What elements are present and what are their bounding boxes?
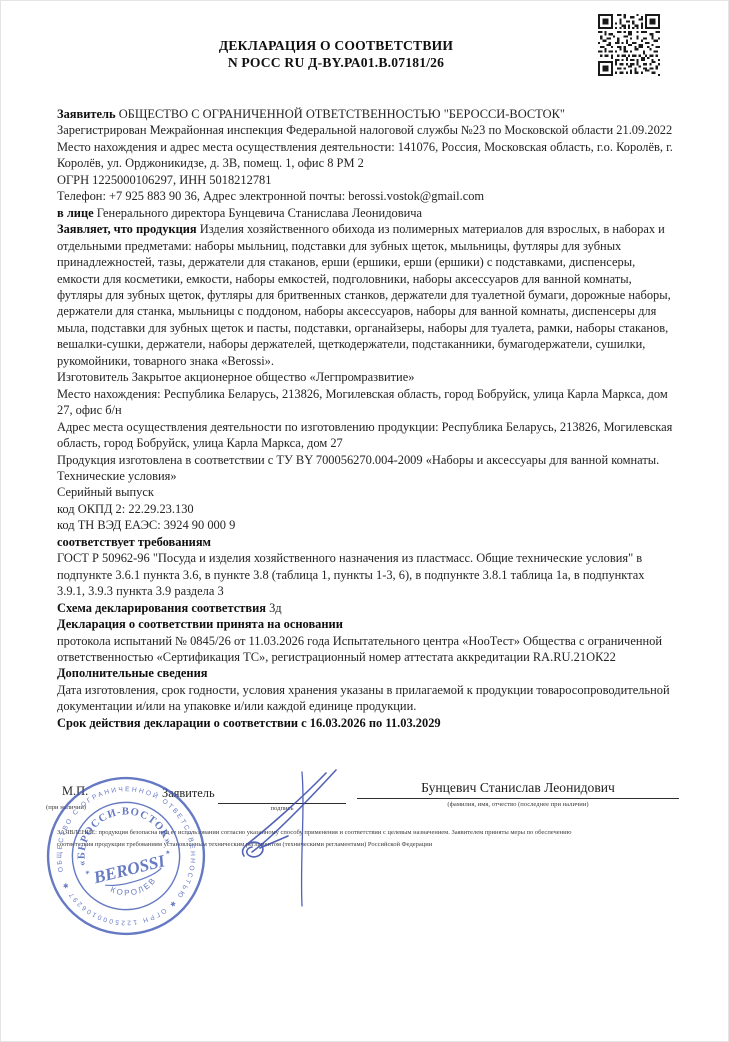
paragraph: Изготовитель Закрытое акционерное общест… (57, 369, 674, 385)
paragraph: Зарегистрирован Межрайонная инспекция Фе… (57, 122, 674, 138)
title-number: N РОСС RU Д-BY.РА01.В.07181/26 (60, 54, 612, 71)
paragraph: Место нахождения и адрес места осуществл… (57, 139, 674, 172)
paragraph: Декларация о соответствии принята на осн… (57, 616, 674, 632)
paragraph: код ТН ВЭД ЕАЭС: 3924 90 000 9 (57, 517, 674, 533)
handwritten-signature (230, 740, 430, 925)
paragraph: Серийный выпуск (57, 484, 674, 500)
paragraph-label: Схема декларирования соответствия (57, 601, 266, 615)
paragraph: Место нахождения: Республика Беларусь, 2… (57, 386, 674, 419)
paragraph-label: Декларация о соответствии принята на осн… (57, 617, 343, 631)
paragraph: Заявитель ОБЩЕСТВО С ОГРАНИЧЕННОЙ ОТВЕТС… (57, 106, 674, 122)
declaration-document: ДЕКЛАРАЦИЯ О СООТВЕТСТВИИ N РОСС RU Д-BY… (0, 0, 729, 1042)
stamp-star-right: ✶ (164, 848, 172, 857)
paragraph: Схема декларирования соответствия 3д (57, 600, 674, 616)
paragraph-label: Заявляет, что продукция (57, 222, 197, 236)
paragraph: код ОКПД 2: 22.29.23.130 (57, 501, 674, 517)
paragraph-label: в лице (57, 206, 94, 220)
paragraph-label: Дополнительные сведения (57, 666, 207, 680)
paragraph: Заявляет, что продукция Изделия хозяйств… (57, 221, 674, 369)
validity-period: Срок действия декларации о соответствии … (57, 715, 674, 731)
document-title: ДЕКЛАРАЦИЯ О СООТВЕТСТВИИ N РОСС RU Д-BY… (60, 37, 612, 71)
paragraph-label: Заявитель (57, 107, 116, 121)
title-line-1: ДЕКЛАРАЦИЯ О СООТВЕТСТВИИ (60, 37, 612, 54)
paragraph: в лице Генерального директора Бунцевича … (57, 205, 674, 221)
paragraph: ГОСТ Р 50962-96 "Посуда и изделия хозяйс… (57, 550, 674, 599)
company-stamp: ОБЩЕСТВО С ОГРАНИЧЕННОЙ ОТВЕТСТВЕННОСТЬЮ… (40, 770, 212, 942)
paragraph: протокола испытаний № 0845/26 от 11.03.2… (57, 633, 674, 666)
qr-code-icon (598, 14, 660, 76)
paragraph: Адрес места осуществления деятельности п… (57, 419, 674, 452)
paragraph: Телефон: +7 925 883 90 36, Адрес электро… (57, 188, 674, 204)
stamp-star-left: ✶ (84, 868, 92, 877)
document-body: Заявитель ОБЩЕСТВО С ОГРАНИЧЕННОЙ ОТВЕТС… (57, 106, 674, 731)
paragraph-label: соответствует требованиям (57, 535, 211, 549)
paragraph: Продукция изготовлена в соответствии с Т… (57, 452, 674, 485)
paragraph: Дополнительные сведения (57, 665, 674, 681)
paragraph: соответствует требованиям (57, 534, 674, 550)
paragraph: Дата изготовления, срок годности, услови… (57, 682, 674, 715)
svg-text:ОБЩЕСТВО С ОГРАНИЧЕННОЙ ОТВЕТС: ОБЩЕСТВО С ОГРАНИЧЕННОЙ ОТВЕТСТВЕННОСТЬЮ… (41, 771, 211, 940)
paragraph: ОГРН 1225000106297, ИНН 5018212781 (57, 172, 674, 188)
stamp-ring-text: ОБЩЕСТВО С ОГРАНИЧЕННОЙ ОТВЕТСТВЕННОСТЬЮ… (41, 771, 211, 940)
